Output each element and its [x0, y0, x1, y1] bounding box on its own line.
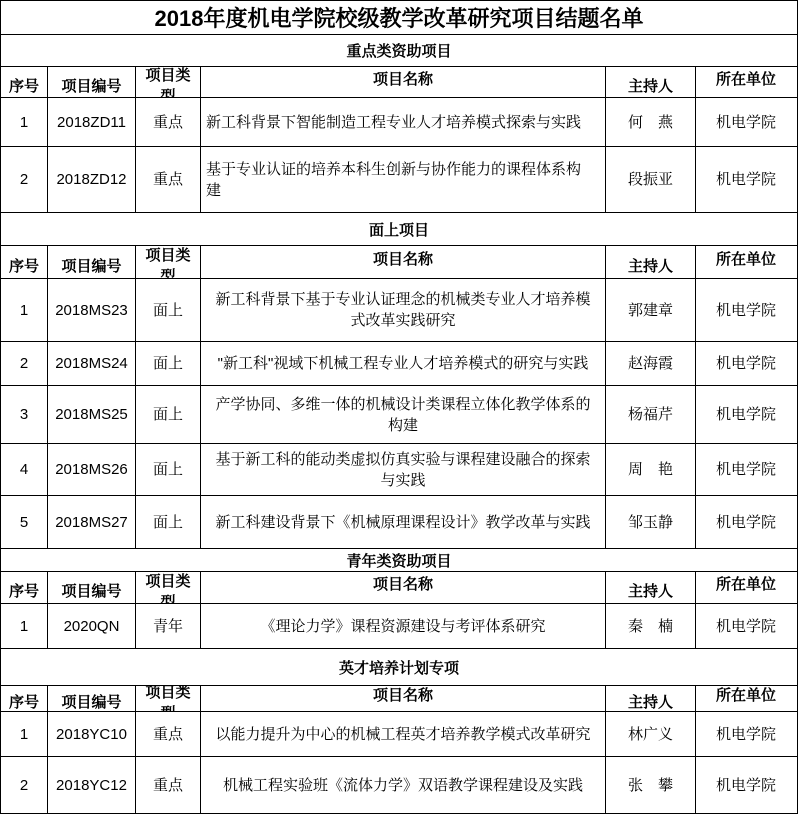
column-header-type-label: 项目类型 — [140, 246, 196, 278]
column-header-type: 项目类型 — [135, 67, 200, 97]
column-header-no: 序号 — [1, 67, 47, 97]
project-name-cell: 基于新工科的能动类虚拟仿真实验与课程建设融合的探索与实践 — [200, 444, 605, 495]
row-index-cell: 1 — [1, 712, 47, 756]
table-body: 重点类资助项目序号项目编号项目类型项目名称主持人所在单位12018ZD11重点新… — [1, 34, 797, 813]
column-header-name-label: 项目名称 — [373, 69, 433, 90]
header-row: 序号项目编号项目类型项目名称主持人所在单位 — [1, 685, 797, 711]
project-type-cell: 青年 — [135, 604, 200, 648]
unit-cell: 机电学院 — [695, 604, 796, 648]
column-header-type-label: 项目类型 — [140, 572, 196, 603]
table-row: 22018ZD12重点基于专业认证的培养本科生创新与协作能力的课程体系构建段振亚… — [1, 146, 797, 212]
project-code-cell: 2018MS27 — [47, 496, 135, 548]
column-header-leader: 主持人 — [605, 686, 695, 711]
column-header-code-label: 项目编号 — [61, 692, 121, 711]
column-header-leader: 主持人 — [605, 67, 695, 97]
row-index-cell: 2 — [1, 342, 47, 385]
section-bar-label: 英才培养计划专项 — [339, 657, 459, 678]
column-header-no: 序号 — [1, 572, 47, 603]
section-bar: 重点类资助项目 — [1, 34, 797, 66]
header-row: 序号项目编号项目类型项目名称主持人所在单位 — [1, 571, 797, 603]
section-bar: 英才培养计划专项 — [1, 648, 797, 685]
document-page: 2018年度机电学院校级教学改革研究项目结题名单 重点类资助项目序号项目编号项目… — [0, 0, 799, 819]
column-header-leader: 主持人 — [605, 572, 695, 603]
column-header-type-label: 项目类型 — [140, 67, 196, 97]
unit-cell: 机电学院 — [695, 386, 796, 443]
project-type-cell: 重点 — [135, 98, 200, 146]
unit-cell: 机电学院 — [695, 342, 796, 385]
row-index-cell: 3 — [1, 386, 47, 443]
table-row: 12018YC10重点以能力提升为中心的机械工程英才培养教学模式改革研究林广义机… — [1, 711, 797, 756]
project-code-cell: 2020QN — [47, 604, 135, 648]
leader-cell: 杨福芹 — [605, 386, 695, 443]
project-name-cell: 机械工程实验班《流体力学》双语教学课程建设及实践 — [200, 757, 605, 813]
column-header-name-label: 项目名称 — [373, 249, 433, 270]
page-title: 2018年度机电学院校级教学改革研究项目结题名单 — [1, 2, 797, 33]
project-type-cell: 面上 — [135, 444, 200, 495]
column-header-type: 项目类型 — [135, 686, 200, 711]
leader-cell: 林广义 — [605, 712, 695, 756]
column-header-name: 项目名称 — [200, 572, 605, 603]
column-header-unit-label: 所在单位 — [716, 249, 776, 270]
column-header-code: 项目编号 — [47, 67, 135, 97]
column-header-no-label: 序号 — [9, 581, 39, 602]
project-code-cell: 2018MS26 — [47, 444, 135, 495]
leader-cell: 邹玉静 — [605, 496, 695, 548]
section-bar: 青年类资助项目 — [1, 548, 797, 571]
project-name-cell: 新工科建设背景下《机械原理课程设计》教学改革与实践 — [200, 496, 605, 548]
project-type-cell: 面上 — [135, 386, 200, 443]
project-type-cell: 面上 — [135, 496, 200, 548]
column-header-unit-label: 所在单位 — [716, 686, 776, 706]
project-code-cell: 2018YC12 — [47, 757, 135, 813]
project-code-cell: 2018MS23 — [47, 279, 135, 341]
column-header-type-label: 项目类型 — [140, 686, 196, 711]
column-header-code-label: 项目编号 — [61, 76, 121, 97]
row-index-cell: 1 — [1, 98, 47, 146]
table-row: 12018MS23面上新工科背景下基于专业认证理念的机械类专业人才培养模式改革实… — [1, 278, 797, 341]
project-code-cell: 2018MS24 — [47, 342, 135, 385]
project-name-cell: "新工科"视域下机械工程专业人才培养模式的研究与实践 — [200, 342, 605, 385]
table-row: 42018MS26面上基于新工科的能动类虚拟仿真实验与课程建设融合的探索与实践周… — [1, 443, 797, 495]
project-conclusion-table: 2018年度机电学院校级教学改革研究项目结题名单 重点类资助项目序号项目编号项目… — [0, 0, 798, 814]
section-bar-label: 重点类资助项目 — [346, 40, 451, 61]
project-type-cell: 重点 — [135, 757, 200, 813]
column-header-name-label: 项目名称 — [373, 574, 433, 595]
project-type-cell: 面上 — [135, 279, 200, 341]
row-index-cell: 1 — [1, 604, 47, 648]
project-code-cell: 2018ZD11 — [47, 98, 135, 146]
column-header-no-label: 序号 — [9, 76, 39, 97]
table-row: 32018MS25面上产学协同、多维一体的机械设计类课程立体化教学体系的构建杨福… — [1, 385, 797, 443]
leader-cell: 秦 楠 — [605, 604, 695, 648]
project-name-cell: 新工科背景下智能制造工程专业人才培养模式探索与实践 — [200, 98, 605, 146]
column-header-no: 序号 — [1, 686, 47, 711]
row-index-cell: 2 — [1, 757, 47, 813]
table-row: 52018MS27面上新工科建设背景下《机械原理课程设计》教学改革与实践邹玉静机… — [1, 495, 797, 548]
leader-cell: 赵海霞 — [605, 342, 695, 385]
leader-cell: 何 燕 — [605, 98, 695, 146]
unit-cell: 机电学院 — [695, 712, 796, 756]
project-name-cell: 基于专业认证的培养本科生创新与协作能力的课程体系构建 — [200, 147, 605, 212]
column-header-name-label: 项目名称 — [373, 686, 433, 706]
column-header-unit-label: 所在单位 — [716, 69, 776, 90]
row-index-cell: 2 — [1, 147, 47, 212]
column-header-code: 项目编号 — [47, 572, 135, 603]
leader-cell: 张 攀 — [605, 757, 695, 813]
column-header-unit: 所在单位 — [695, 572, 796, 603]
column-header-code-label: 项目编号 — [61, 581, 121, 602]
section-bar: 面上项目 — [1, 212, 797, 245]
column-header-name: 项目名称 — [200, 67, 605, 97]
leader-cell: 郭建章 — [605, 279, 695, 341]
column-header-unit: 所在单位 — [695, 67, 796, 97]
project-type-cell: 重点 — [135, 147, 200, 212]
column-header-leader: 主持人 — [605, 246, 695, 278]
project-type-cell: 面上 — [135, 342, 200, 385]
project-name-cell: 新工科背景下基于专业认证理念的机械类专业人才培养模式改革实践研究 — [200, 279, 605, 341]
project-code-cell: 2018MS25 — [47, 386, 135, 443]
table-row: 12018ZD11重点新工科背景下智能制造工程专业人才培养模式探索与实践何 燕机… — [1, 97, 797, 146]
unit-cell: 机电学院 — [695, 757, 796, 813]
column-header-no-label: 序号 — [9, 692, 39, 711]
project-name-cell: 《理论力学》课程资源建设与考评体系研究 — [200, 604, 605, 648]
table-row: 22018MS24面上"新工科"视域下机械工程专业人才培养模式的研究与实践赵海霞… — [1, 341, 797, 385]
project-type-cell: 重点 — [135, 712, 200, 756]
project-code-cell: 2018ZD12 — [47, 147, 135, 212]
leader-cell: 周 艳 — [605, 444, 695, 495]
unit-cell: 机电学院 — [695, 444, 796, 495]
section-bar-label: 青年类资助项目 — [346, 550, 451, 571]
header-row: 序号项目编号项目类型项目名称主持人所在单位 — [1, 66, 797, 97]
leader-cell: 段振亚 — [605, 147, 695, 212]
column-header-name: 项目名称 — [200, 686, 605, 711]
unit-cell: 机电学院 — [695, 496, 796, 548]
column-header-name: 项目名称 — [200, 246, 605, 278]
unit-cell: 机电学院 — [695, 147, 796, 212]
column-header-code-label: 项目编号 — [61, 256, 121, 277]
project-name-cell: 以能力提升为中心的机械工程英才培养教学模式改革研究 — [200, 712, 605, 756]
column-header-leader-label: 主持人 — [628, 581, 673, 602]
page-title-row: 2018年度机电学院校级教学改革研究项目结题名单 — [1, 1, 797, 34]
column-header-code: 项目编号 — [47, 246, 135, 278]
project-name-cell: 产学协同、多维一体的机械设计类课程立体化教学体系的构建 — [200, 386, 605, 443]
unit-cell: 机电学院 — [695, 279, 796, 341]
table-row: 12020QN青年《理论力学》课程资源建设与考评体系研究秦 楠机电学院 — [1, 603, 797, 648]
row-index-cell: 4 — [1, 444, 47, 495]
project-code-cell: 2018YC10 — [47, 712, 135, 756]
column-header-leader-label: 主持人 — [628, 76, 673, 97]
column-header-unit-label: 所在单位 — [716, 574, 776, 595]
column-header-type: 项目类型 — [135, 572, 200, 603]
column-header-unit: 所在单位 — [695, 246, 796, 278]
column-header-leader-label: 主持人 — [628, 256, 673, 277]
column-header-no: 序号 — [1, 246, 47, 278]
column-header-leader-label: 主持人 — [628, 692, 673, 711]
column-header-type: 项目类型 — [135, 246, 200, 278]
row-index-cell: 5 — [1, 496, 47, 548]
column-header-no-label: 序号 — [9, 256, 39, 277]
header-row: 序号项目编号项目类型项目名称主持人所在单位 — [1, 245, 797, 278]
column-header-unit: 所在单位 — [695, 686, 796, 711]
section-bar-label: 面上项目 — [369, 219, 429, 240]
unit-cell: 机电学院 — [695, 98, 796, 146]
column-header-code: 项目编号 — [47, 686, 135, 711]
table-row: 22018YC12重点机械工程实验班《流体力学》双语教学课程建设及实践张 攀机电… — [1, 756, 797, 813]
row-index-cell: 1 — [1, 279, 47, 341]
